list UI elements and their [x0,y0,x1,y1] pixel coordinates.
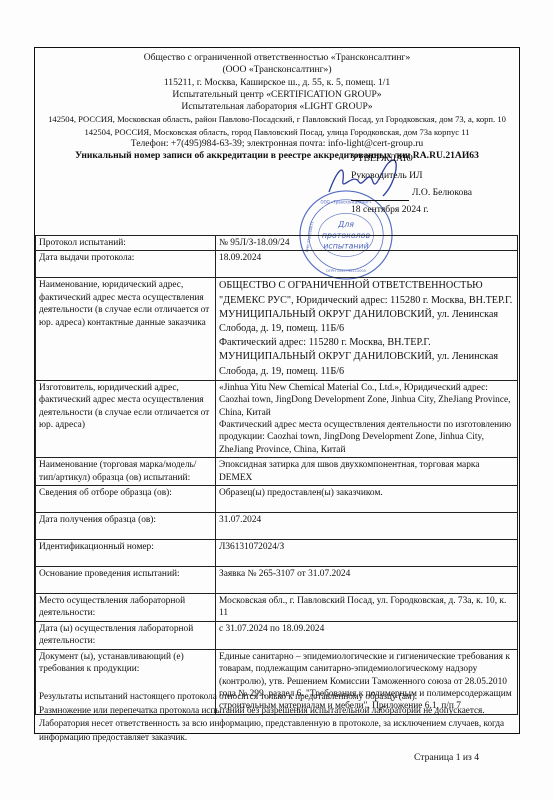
row-label: Основание проведения испытаний: [36,567,216,594]
row-label: Изготовитель, юридический адрес, фактиче… [36,380,216,457]
document-frame: Общество с ограниченной ответственностью… [34,47,520,734]
row-value: Московская обл., г. Павловский Посад, ул… [216,594,518,622]
row-value: Образец(ы) предоставлен(ы) заказчиком. [216,486,518,513]
row-label: Дата выдачи протокола: [36,251,216,278]
laboratory-name: Испытательная лаборатория «LIGHT GROUP» [35,101,519,113]
row-value: Эпоксидная затирка для швов двухкомпонен… [216,458,518,486]
table-row: Дата (ы) осуществления лабораторной деят… [36,621,518,649]
lab-address-2: 142504, РОССИЯ, Московская область, горо… [35,126,519,138]
approver-name: Л.О. Белюкова [412,184,472,201]
approval-date: 18 сентября 2024 г. [351,201,472,218]
table-row: Основание проведения испытаний: Заявка №… [36,567,518,594]
customer-actual-address: Фактический адрес: 115280 г. Москва, ВН.… [219,336,513,379]
table-row: Дата выдачи протокола: 18.09.2024 [36,251,518,278]
approval-title: УТВЕРЖДАЮ [351,150,472,167]
row-value: Л36131072024/З [216,540,518,567]
note-responsibility: Лаборатория несет ответственность за всю… [39,717,515,744]
row-value: Заявка № 265-3107 от 31.07.2024 [216,567,518,594]
row-label: Наименование (торговая марка/модель/тип/… [36,458,216,486]
manufacturer-actual-address: Фактический адрес места осуществления де… [219,419,513,456]
note-results-scope: Результаты испытаний настоящего протокол… [39,690,515,704]
org-full-name: Общество с ограниченной ответственностью… [35,52,519,64]
letterhead: Общество с ограниченной ответственностью… [35,52,519,163]
manufacturer-legal-address: «Jinhua Yitu New Chemical Material Co., … [219,382,513,419]
row-label: Идентификационный номер: [36,540,216,567]
org-address: 115211, г. Москва, Каширское ш., д. 55, … [35,77,519,89]
row-value: 18.09.2024 [216,251,518,278]
protocol-info-table: Протокол испытаний: № 95Л/З-18.09/24 Дат… [35,235,518,715]
row-label: Сведения об отборе образца (ов): [36,486,216,513]
row-value: с 31.07.2024 по 18.09.2024 [216,621,518,649]
customer-legal-address: ОБЩЕСТВО С ОГРАНИЧЕННОЙ ОТВЕТСТВЕННОСТЬЮ… [219,279,513,336]
row-label: Протокол испытаний: [36,236,216,251]
row-value: № 95Л/З-18.09/24 [216,236,518,251]
row-label: Дата (ы) осуществления лабораторной деят… [36,621,216,649]
table-row: Изготовитель, юридический адрес, фактиче… [36,380,518,457]
row-label: Дата получения образца (ов): [36,513,216,540]
row-label: Наименование, юридический адрес, фактиче… [36,278,216,380]
signature-line [351,188,409,201]
lab-contacts: Телефон: +7(495)984-63-39; электронная п… [35,138,519,150]
note-reproduction: Размножение или перепечатка протокола ис… [39,704,515,718]
page-number: Страница 1 из 4 [414,752,479,763]
org-short-name: (ООО «Трансконсалтинг») [35,64,519,76]
table-row: Сведения об отборе образца (ов): Образец… [36,486,518,513]
table-row: Протокол испытаний: № 95Л/З-18.09/24 [36,236,518,251]
row-label: Место осуществления лабораторной деятель… [36,594,216,622]
table-row: Идентификационный номер: Л36131072024/З [36,540,518,567]
row-value: ОБЩЕСТВО С ОГРАНИЧЕННОЙ ОТВЕТСТВЕННОСТЬЮ… [216,278,518,380]
approval-block: УТВЕРЖДАЮ Руководитель ИЛ Л.О. Белюкова … [351,150,472,218]
lab-address-1: 142504, РОССИЯ, Московская область, райо… [35,113,519,125]
disclaimer-notes: Результаты испытаний настоящего протокол… [35,690,519,744]
table-row: Место осуществления лабораторной деятель… [36,594,518,622]
approver-position: Руководитель ИЛ [351,167,472,184]
row-value: «Jinhua Yitu New Chemical Material Co., … [216,380,518,457]
table-row: Дата получения образца (ов): 31.07.2024 [36,513,518,540]
table-row: Наименование, юридический адрес, фактиче… [36,278,518,380]
row-value: 31.07.2024 [216,513,518,540]
testing-center: Испытательный центр «CERTIFICATION GROUP… [35,89,519,101]
table-row: Наименование (торговая марка/модель/тип/… [36,458,518,486]
svg-text:Для: Для [337,220,354,229]
